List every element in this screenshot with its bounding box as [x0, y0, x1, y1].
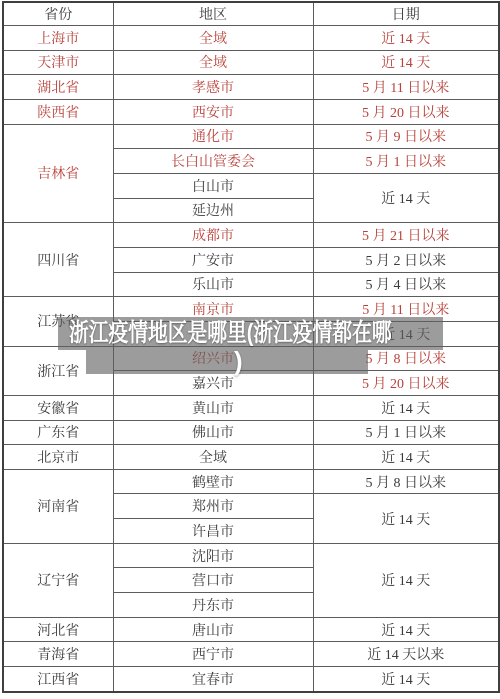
table-row: 河北省唐山市近 14 天: [3, 617, 499, 642]
date-cell: 5 月 11 日以来: [313, 75, 499, 100]
region-cell: 宜春市: [113, 667, 313, 692]
table-row: 北京市全域近 14 天: [3, 445, 499, 470]
date-cell: 近 14 天: [313, 445, 499, 470]
province-cell: 湖北省: [3, 75, 113, 100]
region-cell: 孝感市: [113, 75, 313, 100]
region-cell: 丹东市: [113, 593, 313, 618]
table-row: 上海市全域近 14 天: [3, 26, 499, 51]
province-cell: 北京市: [3, 445, 113, 470]
table-row: 安徽省黄山市近 14 天: [3, 395, 499, 420]
province-cell: 江西省: [3, 667, 113, 692]
region-cell: 广安市: [113, 247, 313, 272]
title-text-line2: ): [86, 350, 243, 372]
date-cell: 5 月 20 日以来: [313, 99, 499, 124]
col-header-region: 地区: [113, 2, 313, 26]
province-cell: 上海市: [3, 26, 113, 51]
header-row: 省份 地区 日期: [3, 2, 499, 26]
date-cell: 近 14 天: [313, 50, 499, 75]
region-cell: 成都市: [113, 223, 313, 248]
region-cell: 乐山市: [113, 272, 313, 297]
table-row: 陕西省西安市5 月 20 日以来: [3, 99, 499, 124]
region-cell: 佛山市: [113, 420, 313, 445]
date-cell: 5 月 21 日以来: [313, 223, 499, 248]
col-header-date: 日期: [313, 2, 499, 26]
date-cell: 5 月 2 日以来: [313, 247, 499, 272]
region-cell: 白山市: [113, 173, 313, 198]
region-cell: 唐山市: [113, 617, 313, 642]
table-row: 湖北省孝感市5 月 11 日以来: [3, 75, 499, 100]
table-row: 河南省鹤壁市5 月 8 日以来: [3, 469, 499, 494]
province-cell: 青海省: [3, 642, 113, 667]
table-row: 四川省成都市5 月 21 日以来: [3, 223, 499, 248]
table-header: 省份 地区 日期: [3, 2, 499, 26]
date-cell: 近 14 天: [313, 667, 499, 692]
region-cell: 通化市: [113, 124, 313, 149]
title-text-line1: 浙江疫情地区是哪里(浙江疫情都在哪: [58, 317, 392, 350]
date-cell: 近 14 天以来: [313, 642, 499, 667]
article-image: 省份 地区 日期 上海市全域近 14 天天津市全域近 14 天湖北省孝感市5 月…: [0, 0, 500, 699]
table-row: 青海省西宁市近 14 天以来: [3, 642, 499, 667]
date-cell: 近 14 天: [313, 617, 499, 642]
date-cell: 5 月 1 日以来: [313, 149, 499, 174]
table-row: 广东省佛山市5 月 1 日以来: [3, 420, 499, 445]
date-cell: 5 月 1 日以来: [313, 420, 499, 445]
region-cell: 营口市: [113, 568, 313, 593]
region-cell: 许昌市: [113, 519, 313, 544]
date-cell: 5 月 4 日以来: [313, 272, 499, 297]
date-cell: 近 14 天: [313, 543, 499, 617]
region-cell: 嘉兴市: [113, 371, 313, 396]
region-cell: 长白山管委会: [113, 149, 313, 174]
table-row: 江西省宜春市近 14 天: [3, 667, 499, 692]
region-cell: 黄山市: [113, 395, 313, 420]
date-cell: 5 月 8 日以来: [313, 469, 499, 494]
province-cell: 河南省: [3, 469, 113, 543]
region-cell: 全域: [113, 50, 313, 75]
region-cell: 沈阳市: [113, 543, 313, 568]
table-row: 辽宁省沈阳市近 14 天: [3, 543, 499, 568]
date-cell: 近 14 天: [313, 494, 499, 543]
date-cell: 近 14 天: [313, 395, 499, 420]
province-cell: 陕西省: [3, 99, 113, 124]
province-cell: 吉林省: [3, 124, 113, 223]
region-cell: 西宁市: [113, 642, 313, 667]
table-row: 吉林省通化市5 月 9 日以来: [3, 124, 499, 149]
region-cell: 延边州: [113, 198, 313, 223]
region-cell: 郑州市: [113, 494, 313, 519]
province-cell: 四川省: [3, 223, 113, 297]
title-overlay-line2: ): [86, 350, 368, 374]
date-cell: 5 月 20 日以来: [313, 371, 499, 396]
table-row: 天津市全域近 14 天: [3, 50, 499, 75]
province-cell: 安徽省: [3, 395, 113, 420]
region-cell: 全域: [113, 445, 313, 470]
region-cell: 鹤壁市: [113, 469, 313, 494]
date-cell: 5 月 9 日以来: [313, 124, 499, 149]
col-header-province: 省份: [3, 2, 113, 26]
region-cell: 全域: [113, 26, 313, 51]
province-cell: 天津市: [3, 50, 113, 75]
date-cell: 近 14 天: [313, 173, 499, 222]
province-cell: 广东省: [3, 420, 113, 445]
region-cell: 西安市: [113, 99, 313, 124]
date-cell: 近 14 天: [313, 26, 499, 51]
province-cell: 河北省: [3, 617, 113, 642]
title-overlay-line1: 浙江疫情地区是哪里(浙江疫情都在哪: [58, 317, 443, 350]
province-cell: 辽宁省: [3, 543, 113, 617]
